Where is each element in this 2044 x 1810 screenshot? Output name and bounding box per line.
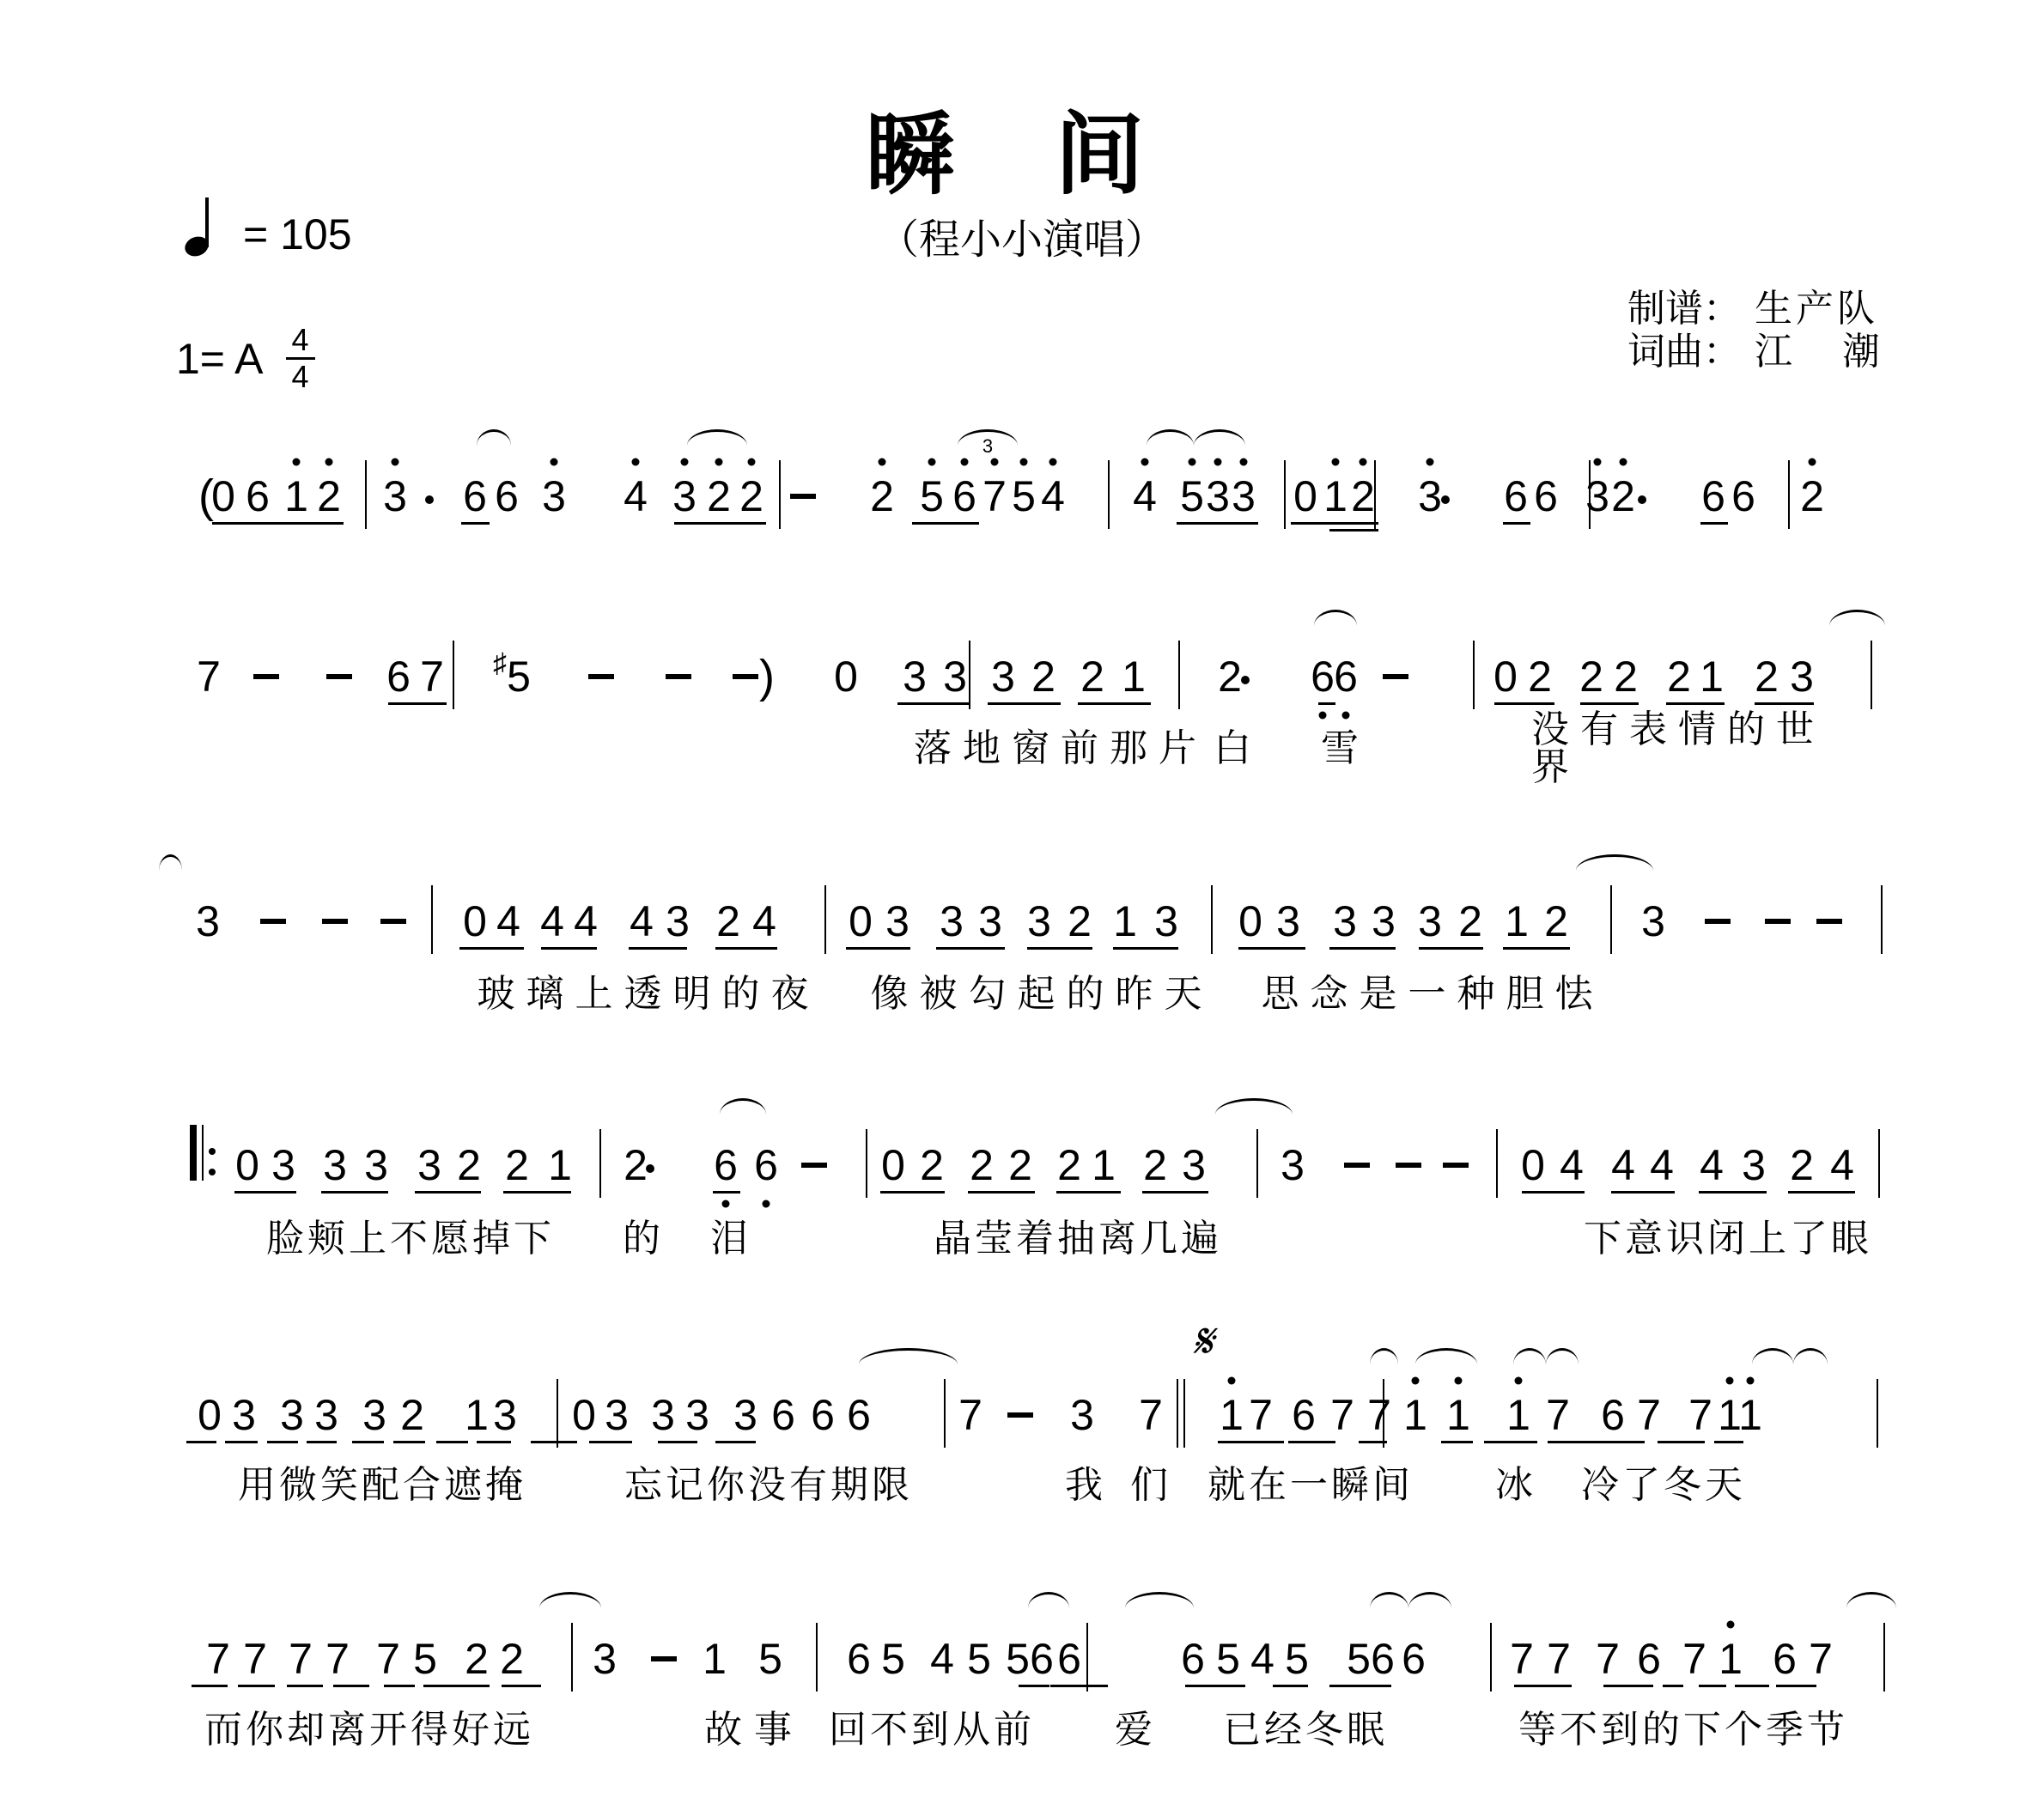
beam-underline [1615, 1441, 1645, 1443]
dash-sustain [651, 1656, 677, 1661]
note: 7 [206, 1637, 230, 1680]
note: 7 [376, 1637, 400, 1680]
repeat-dot [209, 1148, 216, 1155]
beam-underline [436, 1441, 468, 1443]
octave-dot-above [991, 459, 999, 466]
lyric: 我 [1065, 1467, 1103, 1504]
note: 3 [1154, 900, 1178, 943]
note: 2 [1031, 655, 1055, 698]
note: 0 [834, 655, 858, 698]
note: 3 [1027, 900, 1051, 943]
double-barline [1183, 1379, 1185, 1448]
slur-tie [1546, 1348, 1579, 1364]
beam-underline [936, 947, 1005, 950]
beam-underline [721, 1441, 756, 1443]
beam-underline [543, 1441, 577, 1443]
slur-tie [477, 429, 511, 446]
beam-underline [238, 1685, 275, 1687]
note: 6 [1731, 475, 1755, 518]
repeat-start-bar [190, 1125, 197, 1181]
slur-tie [1408, 1592, 1451, 1608]
octave-dot-above [1141, 459, 1149, 466]
note: 5 [920, 475, 944, 518]
note: 2 [1080, 655, 1104, 698]
dash-sustain [588, 674, 614, 679]
octave-dot-below [763, 1200, 770, 1208]
dash-sustain [1765, 919, 1791, 924]
beam-underline [1522, 1191, 1585, 1194]
note: 5 [881, 1637, 905, 1680]
credits: 制谱： 生产队 词曲： 江 潮 [1627, 288, 1883, 374]
note: 5 [1006, 1637, 1030, 1680]
barline [1610, 885, 1612, 954]
lyric: 玻璃上透明的夜 [478, 975, 820, 1013]
octave-dot-above [1594, 459, 1602, 466]
octave-dot-above [1049, 459, 1057, 466]
lyric: 等不到的下个季节 [1518, 1711, 1848, 1749]
beam-underline [1619, 1685, 1653, 1687]
barline [1383, 1379, 1384, 1448]
note: 0 [198, 1394, 222, 1436]
octave-dot-above [681, 459, 689, 466]
octave-dot-above [1747, 1377, 1755, 1385]
credit-label: 制谱： [1627, 288, 1755, 331]
beam-underline [541, 947, 597, 950]
note: 0 [211, 475, 235, 518]
note: 3 [666, 900, 690, 943]
barline [969, 641, 970, 709]
augmentation-dot [1638, 495, 1646, 504]
dash-sustain [666, 674, 691, 679]
beam-underline [1361, 1685, 1391, 1687]
beam-underline [988, 702, 1061, 705]
beam-underline [1788, 1191, 1855, 1194]
note: 4 [752, 900, 776, 943]
barline [1284, 460, 1286, 529]
note: 7 [1688, 1394, 1712, 1436]
beam-underline [234, 1191, 296, 1194]
double-barline [1177, 1379, 1178, 1448]
sharp-sign: ♯ [493, 649, 507, 677]
beam-underline [912, 522, 979, 525]
slur-tie [1125, 1592, 1194, 1608]
beam-underline [246, 522, 286, 525]
lyric: 用微笑配合遮掩 [238, 1467, 526, 1504]
octave-dot-above [1427, 459, 1434, 466]
slur-tie [1576, 854, 1653, 871]
octave-dot-above [928, 459, 936, 466]
octave-dot-above [551, 459, 558, 466]
note: 5 [1285, 1637, 1309, 1680]
beam-underline [880, 1191, 945, 1194]
note: 4 [540, 900, 564, 943]
note: 0 [1521, 1144, 1545, 1187]
beam-underline [1699, 1191, 1767, 1194]
octave-dot-above [879, 459, 886, 466]
beam-underline [846, 947, 910, 950]
repeat-thin-bar [202, 1125, 204, 1181]
note: 6 [1504, 475, 1528, 518]
barline [1871, 641, 1872, 709]
octave-dot-above [1455, 1377, 1463, 1385]
barline [1878, 1129, 1880, 1198]
note: 3 [978, 900, 1002, 943]
note: 3 [1206, 475, 1230, 518]
note: 3 [362, 1394, 386, 1436]
note: 2 [317, 475, 341, 518]
note: 3 [651, 1394, 675, 1436]
note: 1 [1220, 1394, 1244, 1436]
note: 7 [1637, 1394, 1661, 1436]
note: 2 [500, 1637, 524, 1680]
barline [944, 1379, 946, 1448]
note: 6 [771, 1394, 795, 1436]
barline [1788, 460, 1790, 529]
beam-underline [225, 1441, 258, 1443]
lyric: 晶莹着抽离几遍 [934, 1220, 1222, 1258]
lyric: 们 [1130, 1467, 1168, 1504]
note: 1 [1719, 1637, 1743, 1680]
barline [431, 885, 433, 954]
note: 4 [1250, 1637, 1274, 1680]
note: 1 [1505, 900, 1529, 943]
barline [557, 1379, 558, 1448]
beam-underline [307, 1441, 337, 1443]
slur-tie [687, 429, 747, 446]
note: 7 [1809, 1637, 1833, 1680]
dash-sustain [1344, 1163, 1370, 1168]
octave-dot-above [1189, 459, 1196, 466]
slur-tie [1752, 1348, 1793, 1364]
note: 2 [716, 900, 740, 943]
dash-sustain [801, 1163, 827, 1168]
note: 2 [1008, 1144, 1032, 1187]
slur-tie [859, 1348, 958, 1364]
barline [779, 460, 781, 529]
tempo-marking: = 105 [185, 204, 352, 256]
note: 3 [1232, 475, 1256, 518]
note: 2 [1351, 475, 1375, 518]
note: 3 [991, 655, 1015, 698]
note: 0 [1493, 655, 1518, 698]
dash-sustain [1007, 1412, 1033, 1418]
note: 6 [463, 475, 487, 518]
note: 7 [197, 655, 221, 698]
slur-tie [159, 854, 182, 871]
note: 4 [574, 900, 598, 943]
time-signature: 4 4 [286, 325, 315, 392]
bracket-paren: ( [198, 473, 214, 519]
dash-sustain [253, 674, 279, 679]
note: 2 [1458, 900, 1482, 943]
triplet-mark: 3 [982, 435, 993, 458]
octave-dot-above [961, 459, 969, 466]
barline [1877, 1379, 1878, 1448]
beam-underline [1441, 1441, 1473, 1443]
beam-underline [502, 1685, 541, 1687]
beam-underline [968, 1191, 1035, 1194]
note: 6 [1311, 655, 1335, 698]
note: 1 [1403, 1394, 1427, 1436]
barline [1490, 1623, 1492, 1692]
lyric: 故 [704, 1711, 742, 1749]
note: 6 [495, 475, 519, 518]
note: 5 [1347, 1637, 1371, 1680]
note: 6 [1181, 1637, 1205, 1680]
octave-dot-above [1515, 1377, 1523, 1385]
note: 0 [463, 900, 487, 943]
beam-underline [1776, 1685, 1816, 1687]
bracket-paren: ) [759, 653, 775, 700]
octave-dot-above [1620, 459, 1627, 466]
beam-underline [1514, 1685, 1546, 1687]
beam-underline [388, 702, 447, 705]
note: 7 [243, 1637, 267, 1680]
note: 6 [952, 475, 976, 518]
beam-underline [1700, 522, 1728, 525]
beam-underline [1056, 1191, 1121, 1194]
octave-dot-above [325, 459, 333, 466]
octave-dot-above [1332, 459, 1340, 466]
beam-underline [1611, 1191, 1675, 1194]
note: 4 [1611, 1144, 1635, 1187]
note: 7 [958, 1394, 982, 1436]
slur-tie [720, 1098, 766, 1115]
note: 6 [1637, 1637, 1661, 1680]
note: 2 [970, 1144, 994, 1187]
note: 5 [413, 1637, 437, 1680]
note: 2 [1800, 475, 1824, 518]
note: 4 [624, 475, 648, 518]
lyric: 脸颊上不愿掉下 [266, 1220, 555, 1258]
note: 4 [1700, 1144, 1724, 1187]
lyric: 就在一瞬间 [1208, 1467, 1414, 1504]
octave-dot-above [1214, 459, 1222, 466]
beam-underline [186, 1441, 216, 1443]
note: 2 [457, 1144, 481, 1187]
dash-sustain [733, 674, 758, 679]
barline [816, 1623, 818, 1692]
note: 7 [1596, 1637, 1620, 1680]
barline [1881, 885, 1883, 954]
note: 6 [1402, 1637, 1426, 1680]
note: 1 [284, 475, 308, 518]
octave-dot-above [1412, 1377, 1420, 1385]
slur-tie [1513, 1348, 1546, 1364]
note: 4 [1560, 1144, 1584, 1187]
beam-underline [1273, 1685, 1308, 1687]
note: 6 [386, 655, 411, 698]
beam-underline [1238, 947, 1305, 950]
dash-sustain [322, 919, 348, 924]
beam-underline [1113, 947, 1178, 950]
beam-underline [1142, 1191, 1208, 1194]
note: 6 [1334, 655, 1358, 698]
augmentation-dot [425, 495, 434, 504]
note: 7 [1546, 1394, 1570, 1436]
song-title: 瞬 间 [0, 110, 2044, 199]
note: 3 [314, 1394, 338, 1436]
lyric: 没有表情的世界 [1531, 711, 1873, 787]
lyric: 的 [623, 1220, 660, 1258]
key-label: 1= A [176, 337, 264, 380]
octave-dot-above [715, 459, 723, 466]
note: 3 [685, 1394, 709, 1436]
slur-tie [1147, 429, 1194, 446]
note: 3 [1418, 475, 1442, 518]
beam-underline [1503, 522, 1530, 525]
note: 2 [1544, 900, 1568, 943]
beam-underline [1500, 1441, 1537, 1443]
key-signature: 1= A 4 4 [176, 325, 315, 392]
slur-tie [1194, 429, 1245, 446]
note: 0 [572, 1394, 596, 1436]
note: 0 [1238, 900, 1262, 943]
barline [453, 641, 454, 709]
barline [1496, 1129, 1498, 1198]
tempo-value: = 105 [243, 213, 352, 256]
beam-underline [1419, 947, 1483, 950]
beam-underline [461, 522, 490, 525]
note: 5 [1012, 475, 1036, 518]
note: 5 [507, 655, 531, 698]
beam-underline [459, 1685, 490, 1687]
note: 3 [1070, 1394, 1094, 1436]
note: 7 [420, 655, 444, 698]
note: 2 [465, 1637, 489, 1680]
lyric: 下意识闭上了眼 [1584, 1220, 1872, 1258]
dash-sustain [380, 919, 406, 924]
beam-underline [598, 1441, 632, 1443]
credit-arranger: 制谱： 生产队 [1627, 288, 1883, 331]
beam-underline [287, 1685, 323, 1687]
beam-underline [1663, 1685, 1683, 1687]
note: 6 [246, 475, 270, 518]
note: 1 [1446, 1394, 1470, 1436]
slur-tie [539, 1592, 601, 1608]
barline [365, 460, 367, 529]
beam-underline [1019, 1685, 1049, 1687]
note: 4 [496, 900, 520, 943]
barline [1108, 460, 1110, 529]
note: 1 [1113, 900, 1137, 943]
note: 2 [1755, 655, 1779, 698]
beam-underline [1177, 522, 1258, 525]
note: 3 [885, 900, 909, 943]
dash-sustain [1705, 919, 1731, 924]
barline [1211, 885, 1213, 954]
credit-composer: 词曲： 江 潮 [1627, 331, 1883, 374]
note: 3 [383, 475, 407, 518]
note: 2 [1218, 655, 1242, 698]
beam-underline [1329, 947, 1396, 950]
note: 2 [870, 475, 894, 518]
note: 3 [1641, 900, 1665, 943]
beam-underline [1494, 702, 1554, 705]
note: 6 [754, 1144, 778, 1187]
note: 4 [930, 1637, 954, 1680]
note: 6 [714, 1144, 738, 1187]
note: 7 [1330, 1394, 1354, 1436]
note: 2 [739, 475, 763, 518]
note: 5 [758, 1637, 782, 1680]
note: 3 [1333, 900, 1357, 943]
note: 3 [1742, 1144, 1766, 1187]
beam-underline [1670, 1441, 1705, 1443]
lyric: 冷了冬天 [1581, 1467, 1746, 1504]
octave-dot-above [1809, 459, 1816, 466]
note: 3 [903, 655, 927, 698]
note: 7 [982, 475, 1007, 518]
barline [1589, 460, 1591, 529]
beam-underline [666, 1441, 697, 1443]
beam-underline [286, 522, 344, 525]
note: 6 [1371, 1637, 1395, 1680]
note: 6 [1773, 1637, 1797, 1680]
note: 2 [1143, 1144, 1167, 1187]
beam-underline [1666, 702, 1725, 705]
note: 3 [1281, 1144, 1305, 1187]
beam-underline [459, 947, 524, 950]
note: 3 [1418, 900, 1442, 943]
beam-underline [267, 1441, 298, 1443]
lyric: 事 [754, 1711, 792, 1749]
slur-tie [1846, 1592, 1896, 1608]
lyric: 雪 [1321, 730, 1359, 768]
slur-tie [1370, 1592, 1408, 1608]
slur-tie [1793, 1348, 1828, 1364]
note: 3 [1182, 1144, 1206, 1187]
augmentation-dot [1441, 495, 1450, 504]
note: 2 [1057, 1144, 1081, 1187]
note: 2 [1528, 655, 1552, 698]
lyric: 已经冬眠 [1223, 1711, 1388, 1749]
barline [1473, 641, 1475, 709]
note: 3 [940, 900, 964, 943]
note: 2 [1667, 655, 1691, 698]
quarter-note-icon [185, 204, 219, 256]
beam-underline [1546, 1685, 1572, 1687]
octave-dot-above [1240, 459, 1248, 466]
beam-underline [503, 1191, 571, 1194]
beam-underline [333, 1685, 369, 1687]
beam-underline [393, 1441, 425, 1443]
beam-underline [1298, 1441, 1335, 1443]
note: 3 [323, 1144, 347, 1187]
note: 0 [1293, 475, 1317, 518]
lyric: 冰 [1495, 1467, 1533, 1504]
barline [1374, 460, 1376, 529]
note: 6 [1030, 1637, 1054, 1680]
barline [1256, 1129, 1258, 1198]
note: 1 [548, 1144, 572, 1187]
note: 0 [849, 900, 873, 943]
note: 7 [325, 1637, 350, 1680]
note: 2 [707, 475, 731, 518]
augmentation-dot [646, 1164, 654, 1173]
note: 5 [1216, 1637, 1240, 1680]
octave-dot-below [722, 1200, 730, 1208]
augmentation-dot [1241, 676, 1250, 684]
beam-underline [1735, 1685, 1769, 1687]
beam-underline [674, 522, 766, 525]
octave-dot-above [1020, 459, 1028, 466]
note: 2 [1611, 475, 1635, 518]
note: 3 [493, 1394, 517, 1436]
beam-underline [1714, 1441, 1743, 1443]
slur-tie [1314, 610, 1357, 626]
octave-dot-above [748, 459, 756, 466]
